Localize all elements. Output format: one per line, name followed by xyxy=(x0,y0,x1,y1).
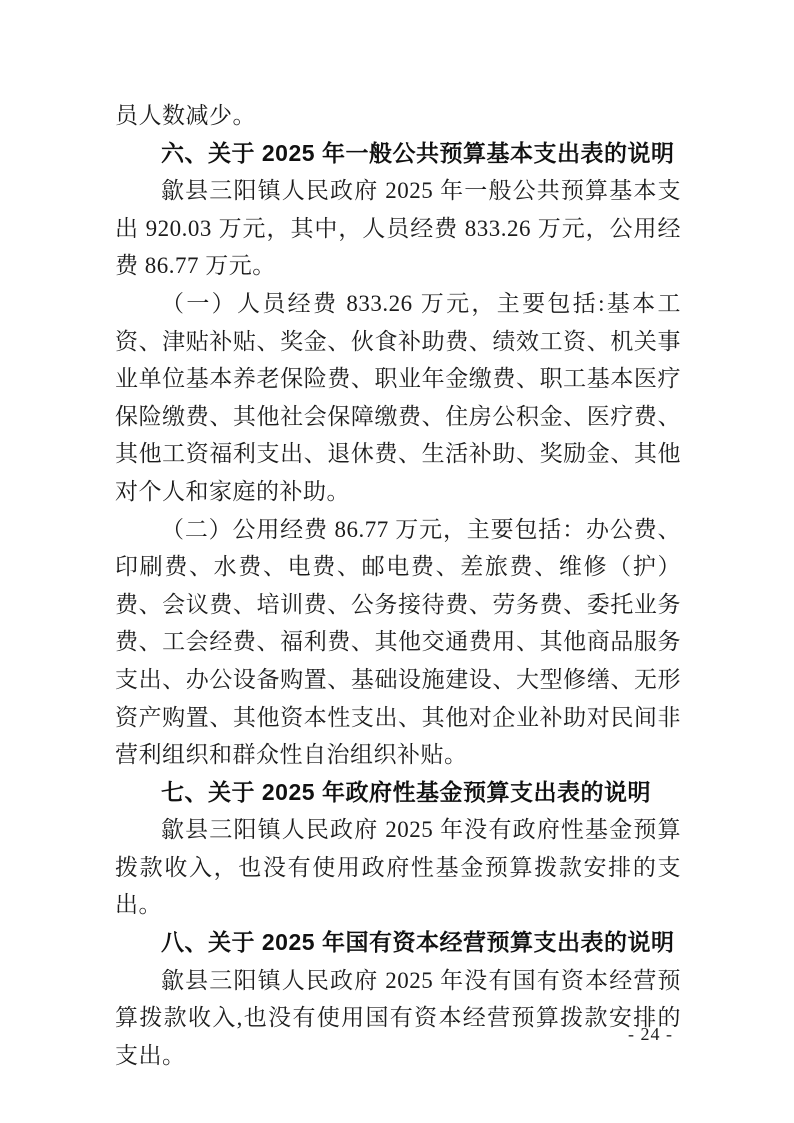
document-body: 员人数减少。 六、关于 2025 年一般公共预算基本支出表的说明 歙县三阳镇人民… xyxy=(115,97,681,1074)
document-page: 员人数减少。 六、关于 2025 年一般公共预算基本支出表的说明 歙县三阳镇人民… xyxy=(0,0,794,1123)
paragraph-state-capital-budget: 歙县三阳镇人民政府 2025 年没有国有资本经营预算拨款收入,也没有使用国有资本… xyxy=(115,962,681,1075)
paragraph-basic-expenditure-total: 歙县三阳镇人民政府 2025 年一般公共预算基本支出 920.03 万元，其中，… xyxy=(115,172,681,285)
page-footer: - 24 - xyxy=(115,1024,681,1045)
paragraph-continuation: 员人数减少。 xyxy=(115,97,681,135)
paragraph-government-fund-budget: 歙县三阳镇人民政府 2025 年没有政府性基金预算拨款收入，也没有使用政府性基金… xyxy=(115,811,681,924)
page-number: - 24 - xyxy=(628,1024,673,1044)
section-heading-6: 六、关于 2025 年一般公共预算基本支出表的说明 xyxy=(115,135,681,173)
paragraph-personnel-expenses: （一）人员经费 833.26 万元，主要包括:基本工资、津贴补贴、奖金、伙食补助… xyxy=(115,285,681,511)
section-heading-8: 八、关于 2025 年国有资本经营预算支出表的说明 xyxy=(115,924,681,962)
section-heading-7: 七、关于 2025 年政府性基金预算支出表的说明 xyxy=(115,774,681,812)
paragraph-public-expenses: （二）公用经费 86.77 万元，主要包括：办公费、印刷费、水费、电费、邮电费、… xyxy=(115,511,681,774)
